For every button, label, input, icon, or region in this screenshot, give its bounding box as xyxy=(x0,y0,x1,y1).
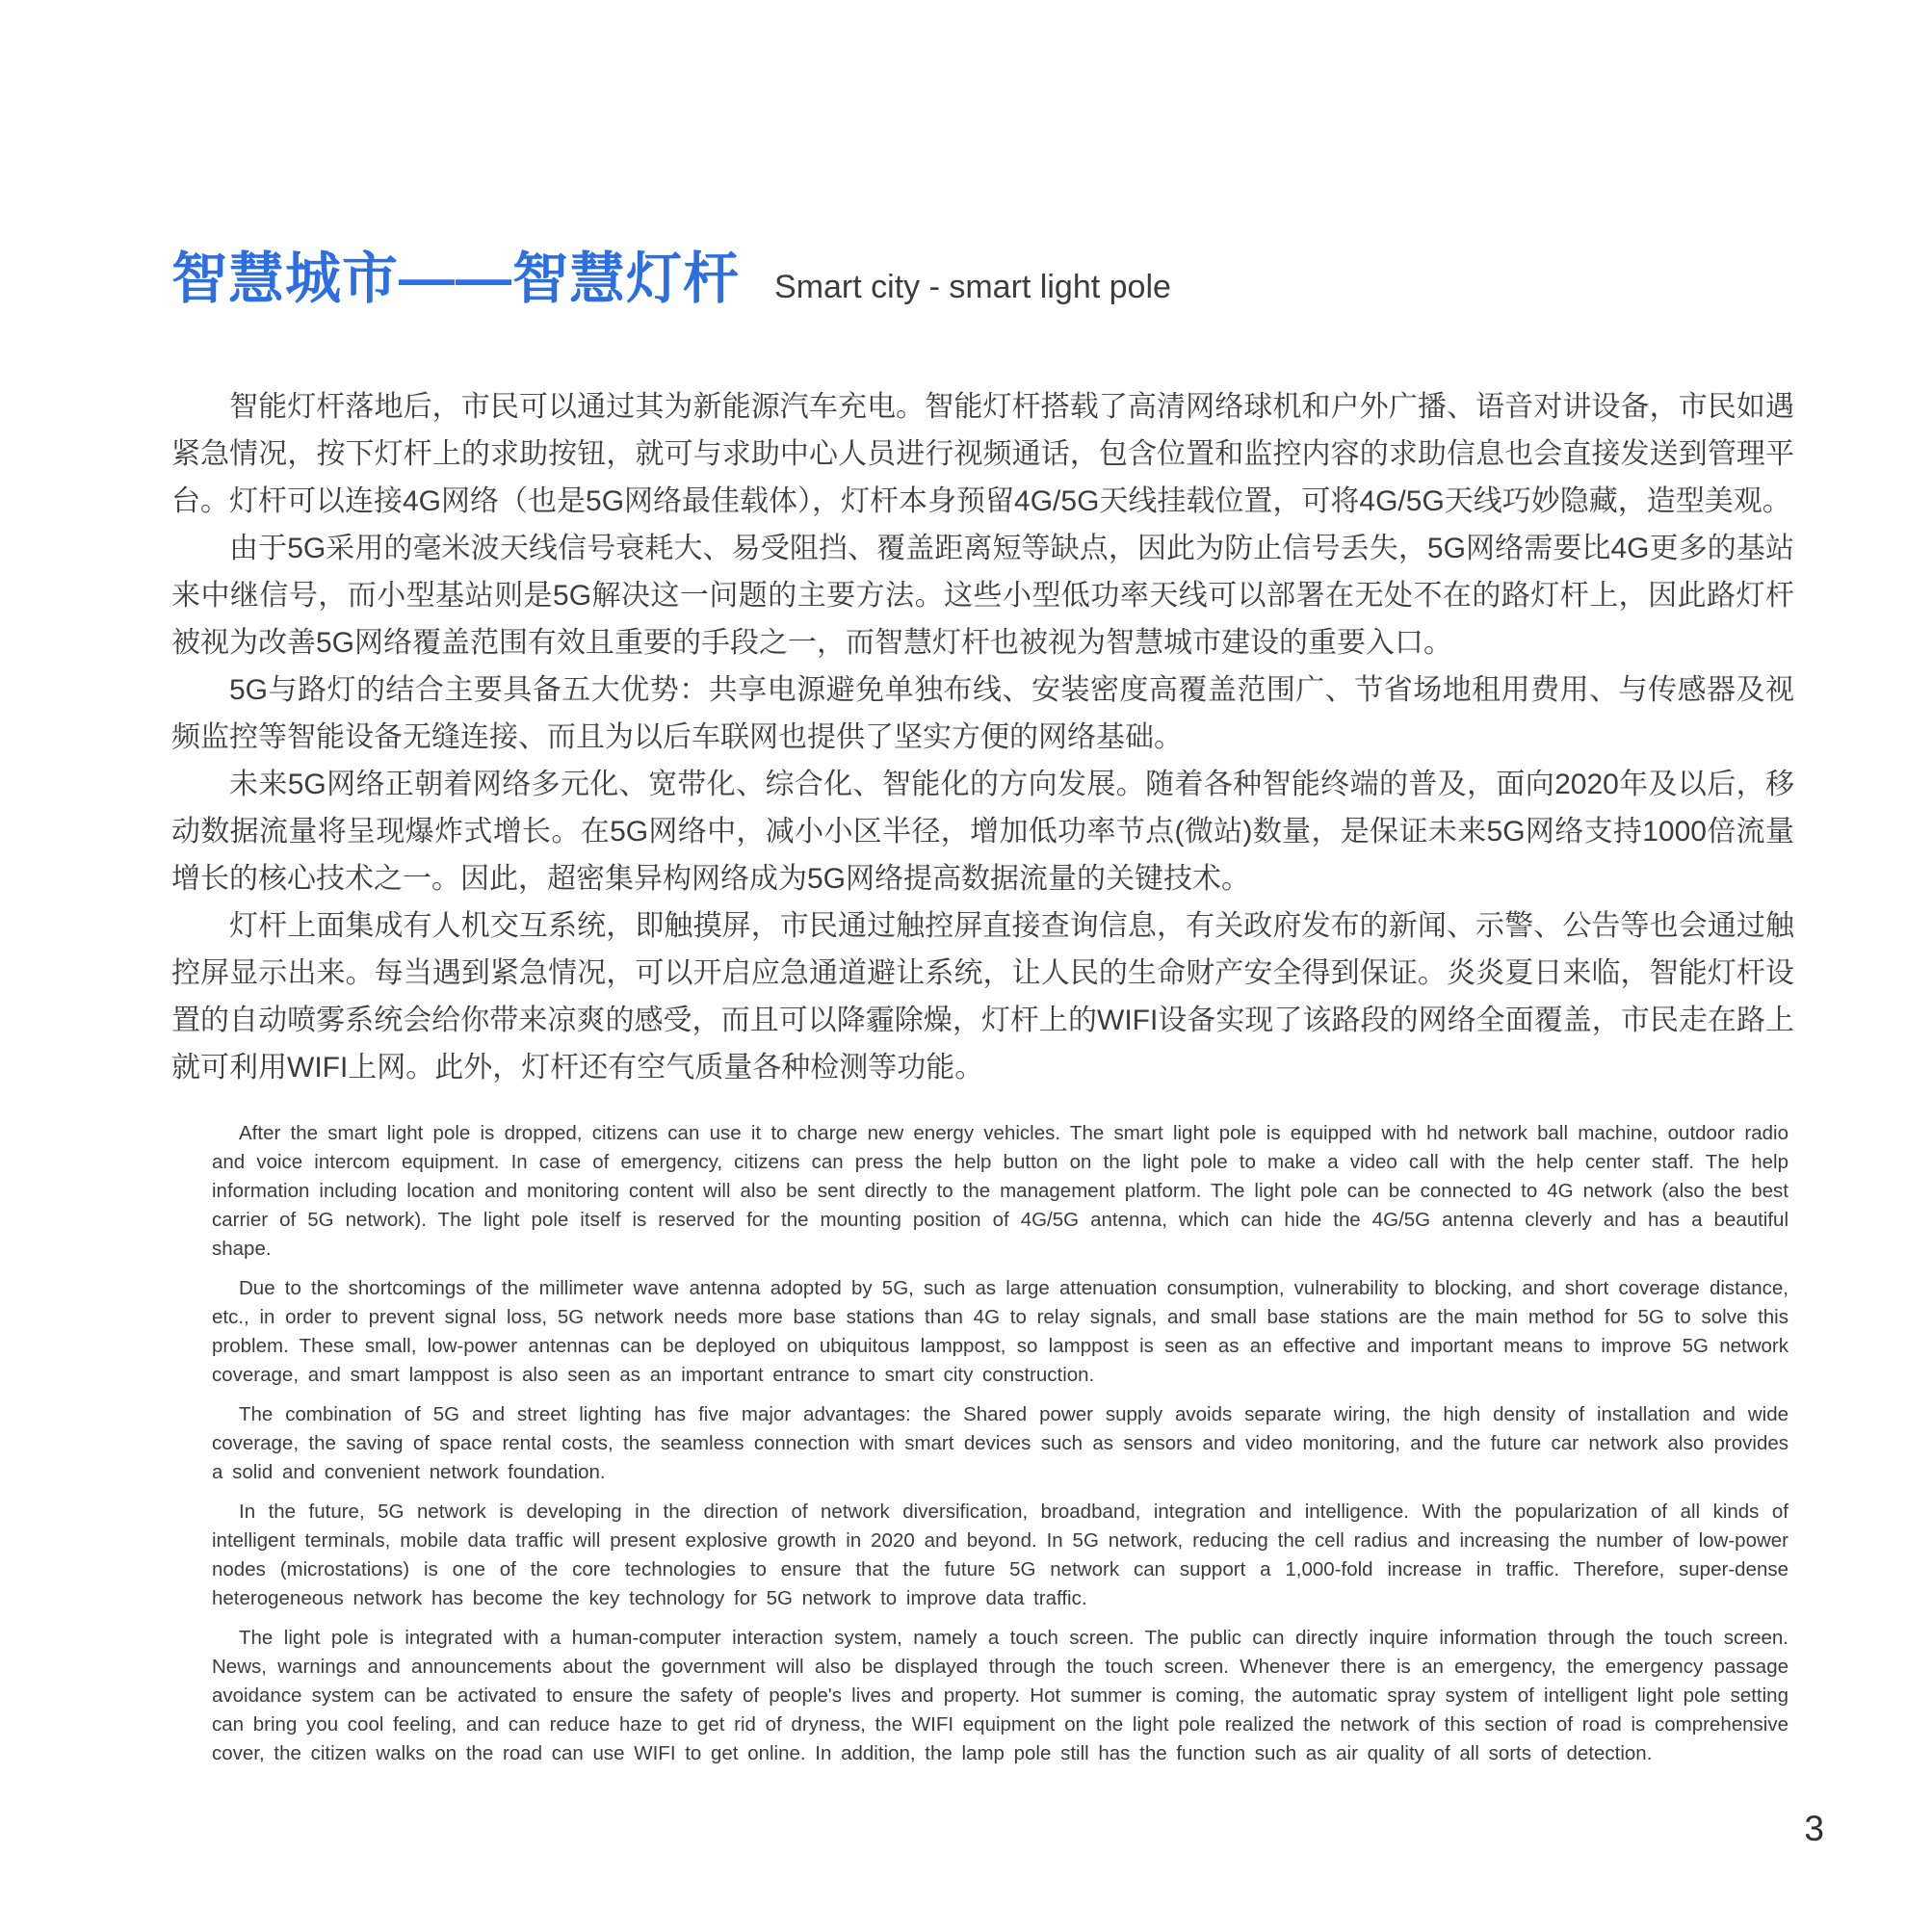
document-page: 智慧城市——智慧灯杆 Smart city - smart light pole… xyxy=(0,0,1932,1932)
en-paragraph-4: In the future, 5G network is developing … xyxy=(212,1498,1788,1613)
cn-paragraph-2: 由于5G采用的毫米波天线信号衰耗大、易受阻挡、覆盖距离短等缺点，因此为防止信号丢… xyxy=(171,525,1794,666)
en-paragraph-2: Due to the shortcomings of the millimete… xyxy=(212,1274,1788,1390)
chinese-body-section: 智能灯杆落地后，市民可以通过其为新能源汽车充电。智能灯杆搭载了高清网络球机和户外… xyxy=(171,383,1794,1091)
page-number: 3 xyxy=(1804,1809,1824,1849)
en-paragraph-5: The light pole is integrated with a huma… xyxy=(212,1624,1788,1768)
page-title-english: Smart city - smart light pole xyxy=(774,269,1171,306)
page-header: 智慧城市——智慧灯杆 Smart city - smart light pole xyxy=(171,248,1171,310)
page-title-chinese: 智慧城市——智慧灯杆 xyxy=(171,248,740,310)
en-paragraph-1: After the smart light pole is dropped, c… xyxy=(212,1119,1788,1264)
cn-paragraph-5: 灯杆上面集成有人机交互系统，即触摸屏，市民通过触控屏直接查询信息，有关政府发布的… xyxy=(171,902,1794,1091)
en-paragraph-3: The combination of 5G and street lightin… xyxy=(212,1400,1788,1487)
cn-paragraph-1: 智能灯杆落地后，市民可以通过其为新能源汽车充电。智能灯杆搭载了高清网络球机和户外… xyxy=(171,383,1794,525)
cn-paragraph-3: 5G与路灯的结合主要具备五大优势：共享电源避免单独布线、安装密度高覆盖范围广、节… xyxy=(171,666,1794,761)
english-body-section: After the smart light pole is dropped, c… xyxy=(212,1119,1788,1779)
cn-paragraph-4: 未来5G网络正朝着网络多元化、宽带化、综合化、智能化的方向发展。随着各种智能终端… xyxy=(171,761,1794,902)
